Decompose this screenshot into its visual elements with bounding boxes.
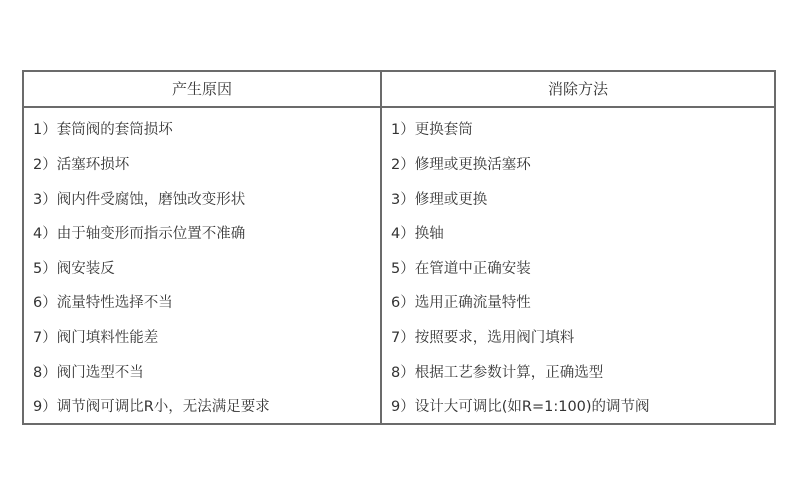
cause-cell-9: 9）调节阀可调比R小，无法满足要求 bbox=[24, 388, 380, 423]
header-remedy: 消除方法 bbox=[382, 72, 774, 106]
header-cause: 产生原因 bbox=[24, 72, 382, 106]
remedy-cell-1: 1）更换套筒 bbox=[382, 112, 774, 147]
remedy-cell-2: 2）修理或更换活塞环 bbox=[382, 146, 774, 181]
cause-cell-7: 7）阀门填料性能差 bbox=[24, 319, 380, 354]
cause-cell-6: 6）流量特性选择不当 bbox=[24, 285, 380, 320]
remedy-cell-9: 9）设计大可调比(如R=1:100)的调节阀 bbox=[382, 388, 774, 423]
cause-remedy-table: 产生原因 消除方法 1）套筒阀的套筒损坏 2）活塞环损坏 3）阀内件受腐蚀，磨蚀… bbox=[22, 70, 776, 425]
remedy-cell-5: 5）在管道中正确安装 bbox=[382, 250, 774, 285]
cause-cell-3: 3）阀内件受腐蚀，磨蚀改变形状 bbox=[24, 181, 380, 216]
table-body: 1）套筒阀的套筒损坏 2）活塞环损坏 3）阀内件受腐蚀，磨蚀改变形状 4）由于轴… bbox=[24, 108, 774, 423]
remedy-cell-3: 3）修理或更换 bbox=[382, 181, 774, 216]
cause-cell-4: 4）由于轴变形而指示位置不准确 bbox=[24, 215, 380, 250]
cause-column: 1）套筒阀的套筒损坏 2）活塞环损坏 3）阀内件受腐蚀，磨蚀改变形状 4）由于轴… bbox=[24, 108, 382, 423]
remedy-cell-4: 4）换轴 bbox=[382, 215, 774, 250]
table-header-row: 产生原因 消除方法 bbox=[24, 72, 774, 108]
cause-cell-2: 2）活塞环损坏 bbox=[24, 146, 380, 181]
remedy-column: 1）更换套筒 2）修理或更换活塞环 3）修理或更换 4）换轴 5）在管道中正确安… bbox=[382, 108, 774, 423]
remedy-cell-6: 6）选用正确流量特性 bbox=[382, 285, 774, 320]
remedy-cell-7: 7）按照要求，选用阀门填料 bbox=[382, 319, 774, 354]
cause-cell-1: 1）套筒阀的套筒损坏 bbox=[24, 112, 380, 147]
cause-cell-5: 5）阀安装反 bbox=[24, 250, 380, 285]
remedy-cell-8: 8）根据工艺参数计算，正确选型 bbox=[382, 354, 774, 389]
cause-cell-8: 8）阀门选型不当 bbox=[24, 354, 380, 389]
